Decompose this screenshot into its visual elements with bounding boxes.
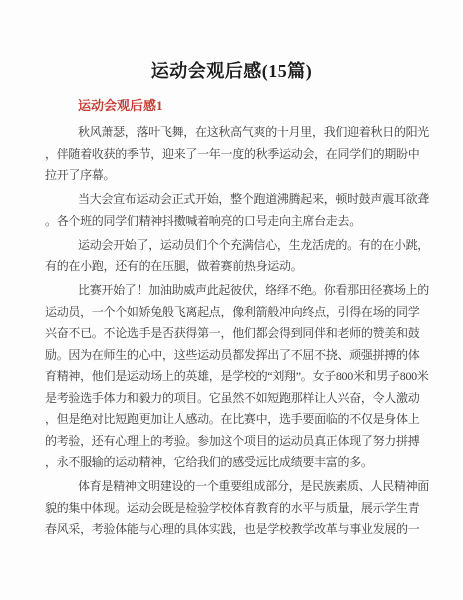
- paragraph-line: 是考验选手体力和毅力的项目。它虽然不如短跑那样让人兴奋，令人激动: [45, 388, 443, 410]
- paragraph-line: ，伴随着收获的季节，迎来了一年一度的秋季运动会，在同学们的期盼中: [45, 144, 443, 166]
- paragraph-line: ，永不服输的运动精神，它给我们的感受远比成绩要丰富的多。: [45, 452, 443, 474]
- paragraph-line: 当大会宣布运动会正式开始，整个跑道沸腾起来，顿时鼓声震耳欲聋: [45, 189, 443, 211]
- paragraph-line: ，但是绝对比短跑更加让人感动。在比赛中，选手要面临的不仅是身体上: [45, 409, 443, 431]
- paragraph: 体育是精神文明建设的一个重要组成部分，是民族素质、人民精神面貌的集中体现。运动会…: [45, 476, 443, 541]
- paragraph-line: 体育是精神文明建设的一个重要组成部分，是民族素质、人民精神面: [45, 476, 443, 498]
- section-heading: 运动会观后感1: [78, 97, 463, 115]
- paragraph: 当大会宣布运动会正式开始，整个跑道沸腾起来，顿时鼓声震耳欲聋。各个班的同学们精神…: [45, 189, 443, 232]
- paragraph-line: 秋风萧瑟，落叶飞舞，在这秋高气爽的十月里，我们迎着秋日的阳光: [45, 122, 443, 144]
- document-page: 运动会观后感(15篇) 运动会观后感1 秋风萧瑟，落叶飞舞，在这秋高气爽的十月里…: [0, 0, 463, 600]
- paragraph-line: 比赛开始了！加油助威声此起彼伏，络绎不绝。你看那田径赛场上的: [45, 280, 443, 302]
- essay-body: 秋风萧瑟，落叶飞舞，在这秋高气爽的十月里，我们迎着秋日的阳光，伴随着收获的季节，…: [45, 122, 443, 541]
- paragraph-line: 育精神，他们是运动场上的英雄，是学校的“刘翔”。女子800米和男子800米: [45, 366, 443, 388]
- paragraph-line: 的考验，还有心理上的考验。参加这个项目的运动员真正体现了努力拼搏: [45, 431, 443, 453]
- paragraph-line: 。各个班的同学们精神抖擞喊着响亮的口号走向主席台走去。: [45, 211, 443, 233]
- paragraph-line: 兴奋不已。不论选手是否获得第一，他们都会得到同伴和老师的赞美和鼓: [45, 323, 443, 345]
- paragraph-line: 励。因为在师生的心中，这些运动员都发挥出了不屈不挠、顽强拼搏的体: [45, 345, 443, 367]
- paragraph-line: 拉开了序幕。: [45, 165, 443, 187]
- paragraph-line: 春风采，考验体能与心理的具体实践，也是学校教学改革与事业发展的一: [45, 519, 443, 541]
- paragraph-line: 貌的集中体现。运动会既是检验学校体育教育的水平与质量，展示学生青: [45, 498, 443, 520]
- paragraph-line: 运动会开始了，运动员们个个充满信心，生龙活虎的。有的在小跳，: [45, 235, 443, 257]
- paragraph: 运动会开始了，运动员们个个充满信心，生龙活虎的。有的在小跳，有的在小跑，还有的在…: [45, 235, 443, 278]
- paragraph: 秋风萧瑟，落叶飞舞，在这秋高气爽的十月里，我们迎着秋日的阳光，伴随着收获的季节，…: [45, 122, 443, 187]
- paragraph-line: 运动员，一个个如矫兔般飞离起点，像利箭般冲向终点，引得在场的同学: [45, 302, 443, 324]
- document-title: 运动会观后感(15篇): [0, 0, 463, 82]
- paragraph: 比赛开始了！加油助威声此起彼伏，络绎不绝。你看那田径赛场上的运动员，一个个如矫兔…: [45, 280, 443, 474]
- paragraph-line: 有的在小跑，还有的在压腿，做着赛前热身运动。: [45, 256, 443, 278]
